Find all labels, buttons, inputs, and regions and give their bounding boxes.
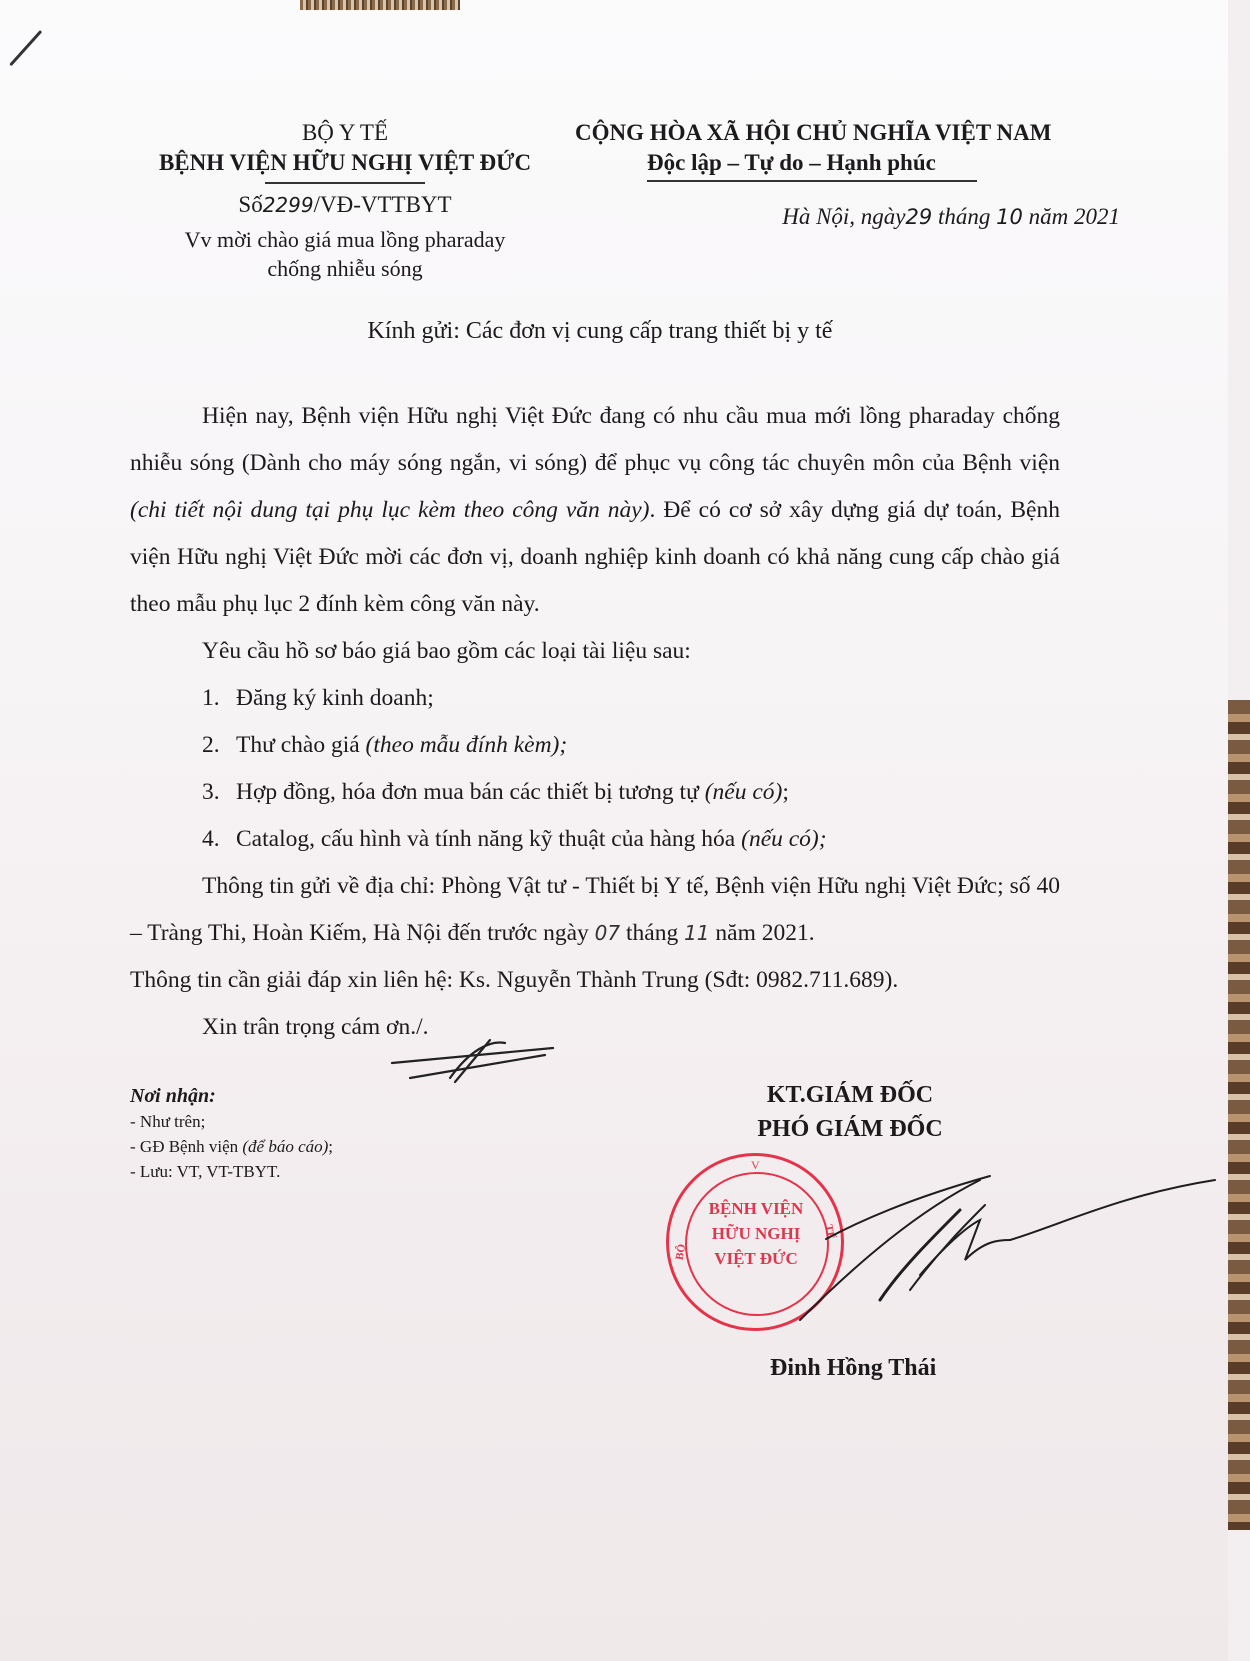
- requirements-intro: Yêu cầu hồ sơ báo giá bao gồm các loại t…: [130, 628, 1060, 675]
- paragraph-request: Hiện nay, Bệnh viện Hữu nghị Việt Đức đa…: [130, 393, 1060, 628]
- header-divider: [265, 182, 425, 184]
- list-item: 1.Đăng ký kinh doanh;: [130, 675, 1060, 722]
- requirements-list: 1.Đăng ký kinh doanh; 2.Thư chào giá (th…: [130, 675, 1060, 863]
- doc-no-handwritten: 2299: [263, 193, 314, 217]
- stamp-line: BỆNH VIỆN: [669, 1196, 843, 1221]
- date-month: 10: [996, 205, 1023, 229]
- list-item: 2.Thư chào giá (theo mẫu đính kèm);: [130, 722, 1060, 769]
- document-date: Hà Nội, ngày29 tháng 10 năm 2021: [690, 204, 1120, 230]
- header-left: BỘ Y TẾ BỆNH VIỆN HỮU NGHỊ VIỆT ĐỨC Số22…: [135, 118, 555, 283]
- item-number: 1.: [202, 675, 236, 722]
- item-tail: ;: [782, 779, 789, 805]
- ministry-name: BỘ Y TẾ: [135, 118, 555, 148]
- stamp-line: VIỆT ĐỨC: [669, 1246, 843, 1271]
- list-item: 4.Catalog, cấu hình và tính năng kỹ thuậ…: [130, 816, 1060, 863]
- national-motto: Độc lập – Tự do – Hạnh phúc: [575, 148, 1085, 178]
- paragraph-contact: Thông tin cần giải đáp xin liên hệ: Ks. …: [130, 957, 1060, 1004]
- recipient-note: (để báo cáo): [242, 1137, 328, 1156]
- recipient-item: - Lưu: VT, VT-TBYT.: [130, 1159, 510, 1184]
- signer-name: Đinh Hồng Thái: [770, 1355, 1020, 1382]
- recipients-block: Nơi nhận: - Như trên; - GĐ Bệnh viện (để…: [130, 1083, 510, 1184]
- recipient-text: - GĐ Bệnh viện: [130, 1137, 242, 1156]
- deadline-month-label: tháng: [620, 920, 684, 946]
- stamp-text: BỆNH VIỆN HỮU NGHỊ VIỆT ĐỨC: [669, 1196, 843, 1271]
- background-edge: [300, 0, 460, 10]
- header-right: CỘNG HÒA XÃ HỘI CHỦ NGHĨA VIỆT NAM Độc l…: [575, 118, 1085, 182]
- para-text: Hiện nay, Bệnh viện Hữu nghị Việt Đức đa…: [130, 403, 1060, 476]
- signature-line-1: KT.GIÁM ĐỐC: [690, 1078, 1010, 1112]
- official-stamp: V BỆNH VIỆN HỮU NGHỊ VIỆT ĐỨC BỘ TẾ: [666, 1153, 844, 1331]
- stamp-line: HỮU NGHỊ: [669, 1221, 843, 1246]
- stamp-mark: V: [751, 1158, 760, 1173]
- item-number: 4.: [202, 816, 236, 863]
- item-note: (theo mẫu đính kèm);: [366, 732, 568, 758]
- salutation: Kính gửi: Các đơn vị cung cấp trang thiế…: [120, 318, 1080, 345]
- list-item: 3.Hợp đồng, hóa đơn mua bán các thiết bị…: [130, 769, 1060, 816]
- signature-line-2: PHÓ GIÁM ĐỐC: [690, 1112, 1010, 1146]
- hospital-name: BỆNH VIỆN HỮU NGHỊ VIỆT ĐỨC: [135, 148, 555, 178]
- recipients-title: Nơi nhận:: [130, 1083, 510, 1109]
- closing-line: Xin trân trọng cám ơn./.: [130, 1004, 1060, 1051]
- item-number: 2.: [202, 722, 236, 769]
- background-edge: [1228, 700, 1250, 1530]
- doc-no-prefix: Số: [238, 192, 262, 217]
- recipient-item: - GĐ Bệnh viện (để báo cáo);: [130, 1134, 510, 1159]
- signature-title: KT.GIÁM ĐỐC PHÓ GIÁM ĐỐC: [690, 1078, 1010, 1146]
- nation-title: CỘNG HÒA XÃ HỘI CHỦ NGHĨA VIỆT NAM: [575, 118, 1085, 148]
- subject-line-1: Vv mời chào giá mua lồng pharaday: [135, 225, 555, 254]
- date-month-label: tháng: [938, 204, 990, 229]
- item-text: Hợp đồng, hóa đơn mua bán các thiết bị t…: [236, 779, 705, 805]
- document-number: Số2299/VĐ-VTTBYT: [135, 190, 555, 220]
- item-text: Catalog, cấu hình và tính năng kỹ thuật …: [236, 826, 741, 852]
- deadline-month: 11: [684, 921, 709, 945]
- deadline-day: 07: [595, 921, 620, 945]
- motto-divider: [647, 180, 977, 182]
- item-number: 3.: [202, 769, 236, 816]
- letter-body: Hiện nay, Bệnh viện Hữu nghị Việt Đức đa…: [130, 393, 1060, 1051]
- item-text: Thư chào giá: [236, 732, 366, 758]
- recipient-tail: ;: [328, 1137, 333, 1156]
- recipient-item: - Như trên;: [130, 1109, 510, 1134]
- deadline-year: năm 2021.: [710, 920, 815, 946]
- item-text: Đăng ký kinh doanh;: [236, 685, 434, 711]
- doc-no-suffix: /VĐ-VTTBYT: [314, 192, 452, 217]
- paragraph-address: Thông tin gửi về địa chỉ: Phòng Vật tư -…: [130, 863, 1060, 957]
- subject-line-2: chống nhiễu sóng: [135, 254, 555, 283]
- para-italic-note: (chi tiết nội dung tại phụ lục kèm theo …: [130, 497, 650, 523]
- item-note: (nếu có);: [741, 826, 826, 852]
- date-day: 29: [906, 205, 933, 229]
- item-note: (nếu có): [705, 779, 783, 805]
- date-year: năm 2021: [1029, 204, 1120, 229]
- date-prefix: Hà Nội, ngày: [782, 204, 905, 229]
